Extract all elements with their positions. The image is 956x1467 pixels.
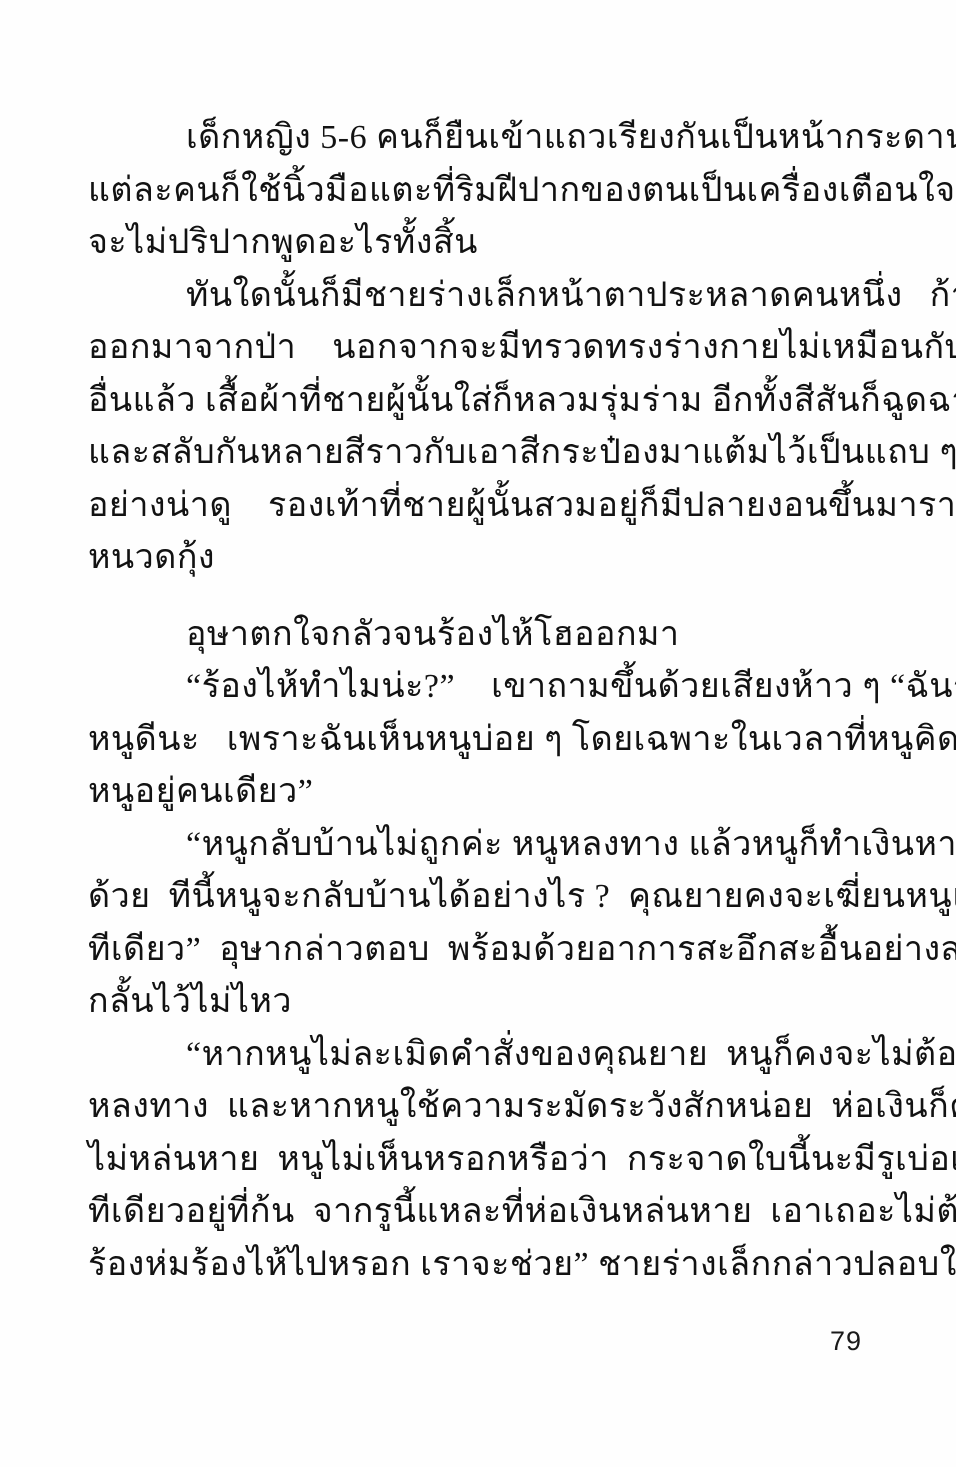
paragraph: “หากหนูไม่ละเมิดคำสั่งของคุณยาย หนูก็คงจ… bbox=[88, 1029, 868, 1292]
text-line: ไม่หล่นหาย หนูไม่เห็นหรอกหรือว่า กระจาดใ… bbox=[88, 1134, 868, 1187]
text-line: และสลับกันหลายสีราวกับเอาสีกระป๋องมาแต้ม… bbox=[88, 427, 868, 480]
text-line: อื่นแล้ว เสื้อผ้าที่ชายผู้นั้นใส่ก็หลวมร… bbox=[88, 375, 868, 428]
text-line: หนูดีนะ เพราะฉันเห็นหนูบ่อย ๆ โดยเฉพาะใน… bbox=[88, 714, 868, 767]
text-line: เด็กหญิง 5-6 คนก็ยืนเข้าแถวเรียงกันเป็นห… bbox=[88, 112, 868, 165]
paragraph: อุษาตกใจกลัวจนร้องไห้โฮออกมา bbox=[88, 609, 868, 662]
text-line: หนูอยู่คนเดียว” bbox=[88, 766, 868, 819]
page-number: 79 bbox=[830, 1326, 862, 1357]
text-line: ทีเดียว” อุษากล่าวตอบ พร้อมด้วยอาการสะอึ… bbox=[88, 924, 868, 977]
text-line: ทันใดนั้นก็มีชายร่างเล็กหน้าตาประหลาดคนห… bbox=[88, 270, 868, 323]
paragraph: เด็กหญิง 5-6 คนก็ยืนเข้าแถวเรียงกันเป็นห… bbox=[88, 112, 868, 270]
text-line: “หนูกลับบ้านไม่ถูกค่ะ หนูหลงทาง แล้วหนูก… bbox=[88, 819, 868, 872]
book-page: เด็กหญิง 5-6 คนก็ยืนเข้าแถวเรียงกันเป็นห… bbox=[0, 0, 956, 1467]
paragraph: “หนูกลับบ้านไม่ถูกค่ะ หนูหลงทาง แล้วหนูก… bbox=[88, 819, 868, 1029]
text-line: กลั้นไว้ไม่ไหว bbox=[88, 976, 868, 1029]
text-line: ด้วย ทีนี้หนูจะกลับบ้านได้อย่างไร ? คุณย… bbox=[88, 871, 868, 924]
text-line: อุษาตกใจกลัวจนร้องไห้โฮออกมา bbox=[88, 609, 868, 662]
text-line: ร้องห่มร้องไห้ไปหรอก เราจะช่วย” ชายร่างเ… bbox=[88, 1239, 868, 1292]
paragraph: ทันใดนั้นก็มีชายร่างเล็กหน้าตาประหลาดคนห… bbox=[88, 270, 868, 585]
text-line: อย่างน่าดู รองเท้าที่ชายผู้นั้นสวมอยู่ก็… bbox=[88, 480, 868, 533]
text-line: “ร้องไห้ทำไมน่ะ?” เขาถามขึ้นด้วยเสียงห้า… bbox=[88, 661, 868, 714]
text-line: ทีเดียวอยู่ที่ก้น จากรูนี้แหละที่ห่อเงิน… bbox=[88, 1186, 868, 1239]
text-line: “หากหนูไม่ละเมิดคำสั่งของคุณยาย หนูก็คงจ… bbox=[88, 1029, 868, 1082]
text-line: หนวดกุ้ง bbox=[88, 532, 868, 585]
paragraph: “ร้องไห้ทำไมน่ะ?” เขาถามขึ้นด้วยเสียงห้า… bbox=[88, 661, 868, 819]
page-text: เด็กหญิง 5-6 คนก็ยืนเข้าแถวเรียงกันเป็นห… bbox=[88, 112, 868, 1291]
text-line: จะไม่ปริปากพูดอะไรทั้งสิ้น bbox=[88, 217, 868, 270]
text-line: ออกมาจากป่า นอกจากจะมีทรวดทรงร่างกายไม่เ… bbox=[88, 322, 868, 375]
text-line: หลงทาง และหากหนูใช้ความระมัดระวังสักหน่อ… bbox=[88, 1081, 868, 1134]
text-line: แต่ละคนก็ใช้นิ้วมือแตะที่ริมฝีปากของตนเป… bbox=[88, 165, 868, 218]
